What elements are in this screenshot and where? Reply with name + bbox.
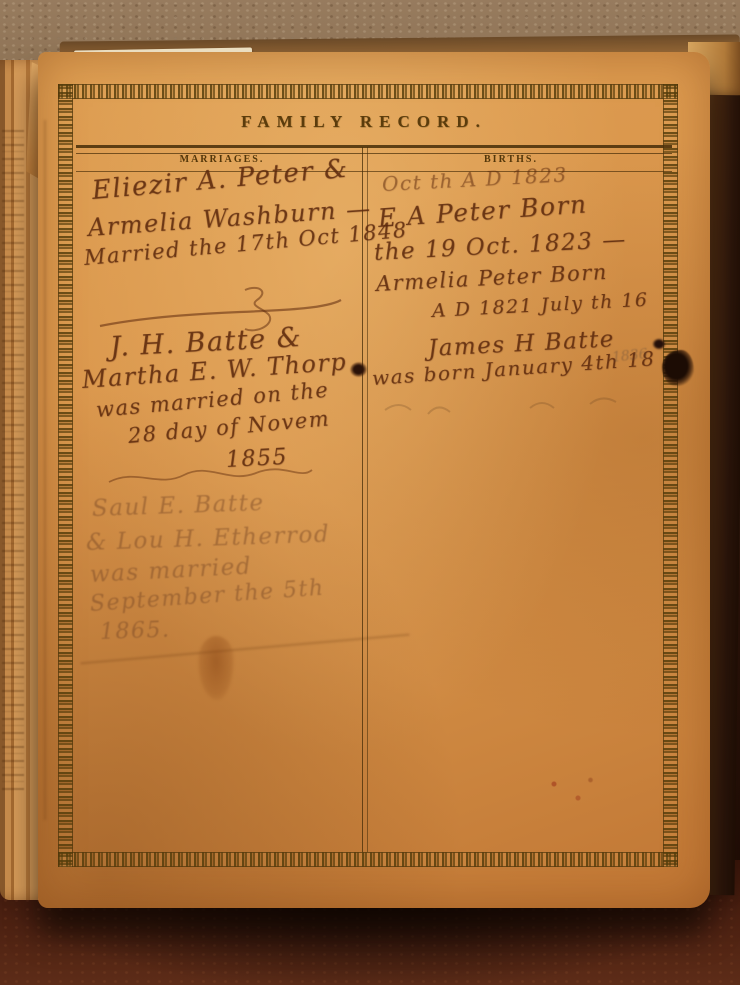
faint-pencil-scribble	[380, 392, 640, 428]
column-divider-rule	[362, 147, 368, 852]
ornate-border-left	[58, 84, 73, 867]
page-fold-line	[44, 120, 46, 820]
ornate-border-top	[58, 84, 678, 99]
pen-flourish	[104, 460, 319, 492]
births-column-header: BIRTHS.	[372, 154, 650, 165]
header-double-rule	[76, 145, 672, 154]
ink-blot-small	[652, 338, 666, 350]
ornate-border-right	[663, 84, 678, 867]
photo-of-family-record-book: FAMILY RECORD. MARRIAGES. BIRTHS. Eliezi…	[0, 0, 740, 985]
adjacent-page-printed-text	[2, 130, 24, 790]
paper-speckles	[548, 772, 598, 812]
page-title: FAMILY RECORD.	[84, 112, 644, 132]
ornate-border-bottom	[58, 852, 678, 867]
marriage-entry-3-line-5: 1865.	[100, 618, 171, 645]
ink-blot-mid-page	[350, 362, 367, 377]
ink-blot-large	[662, 350, 694, 386]
